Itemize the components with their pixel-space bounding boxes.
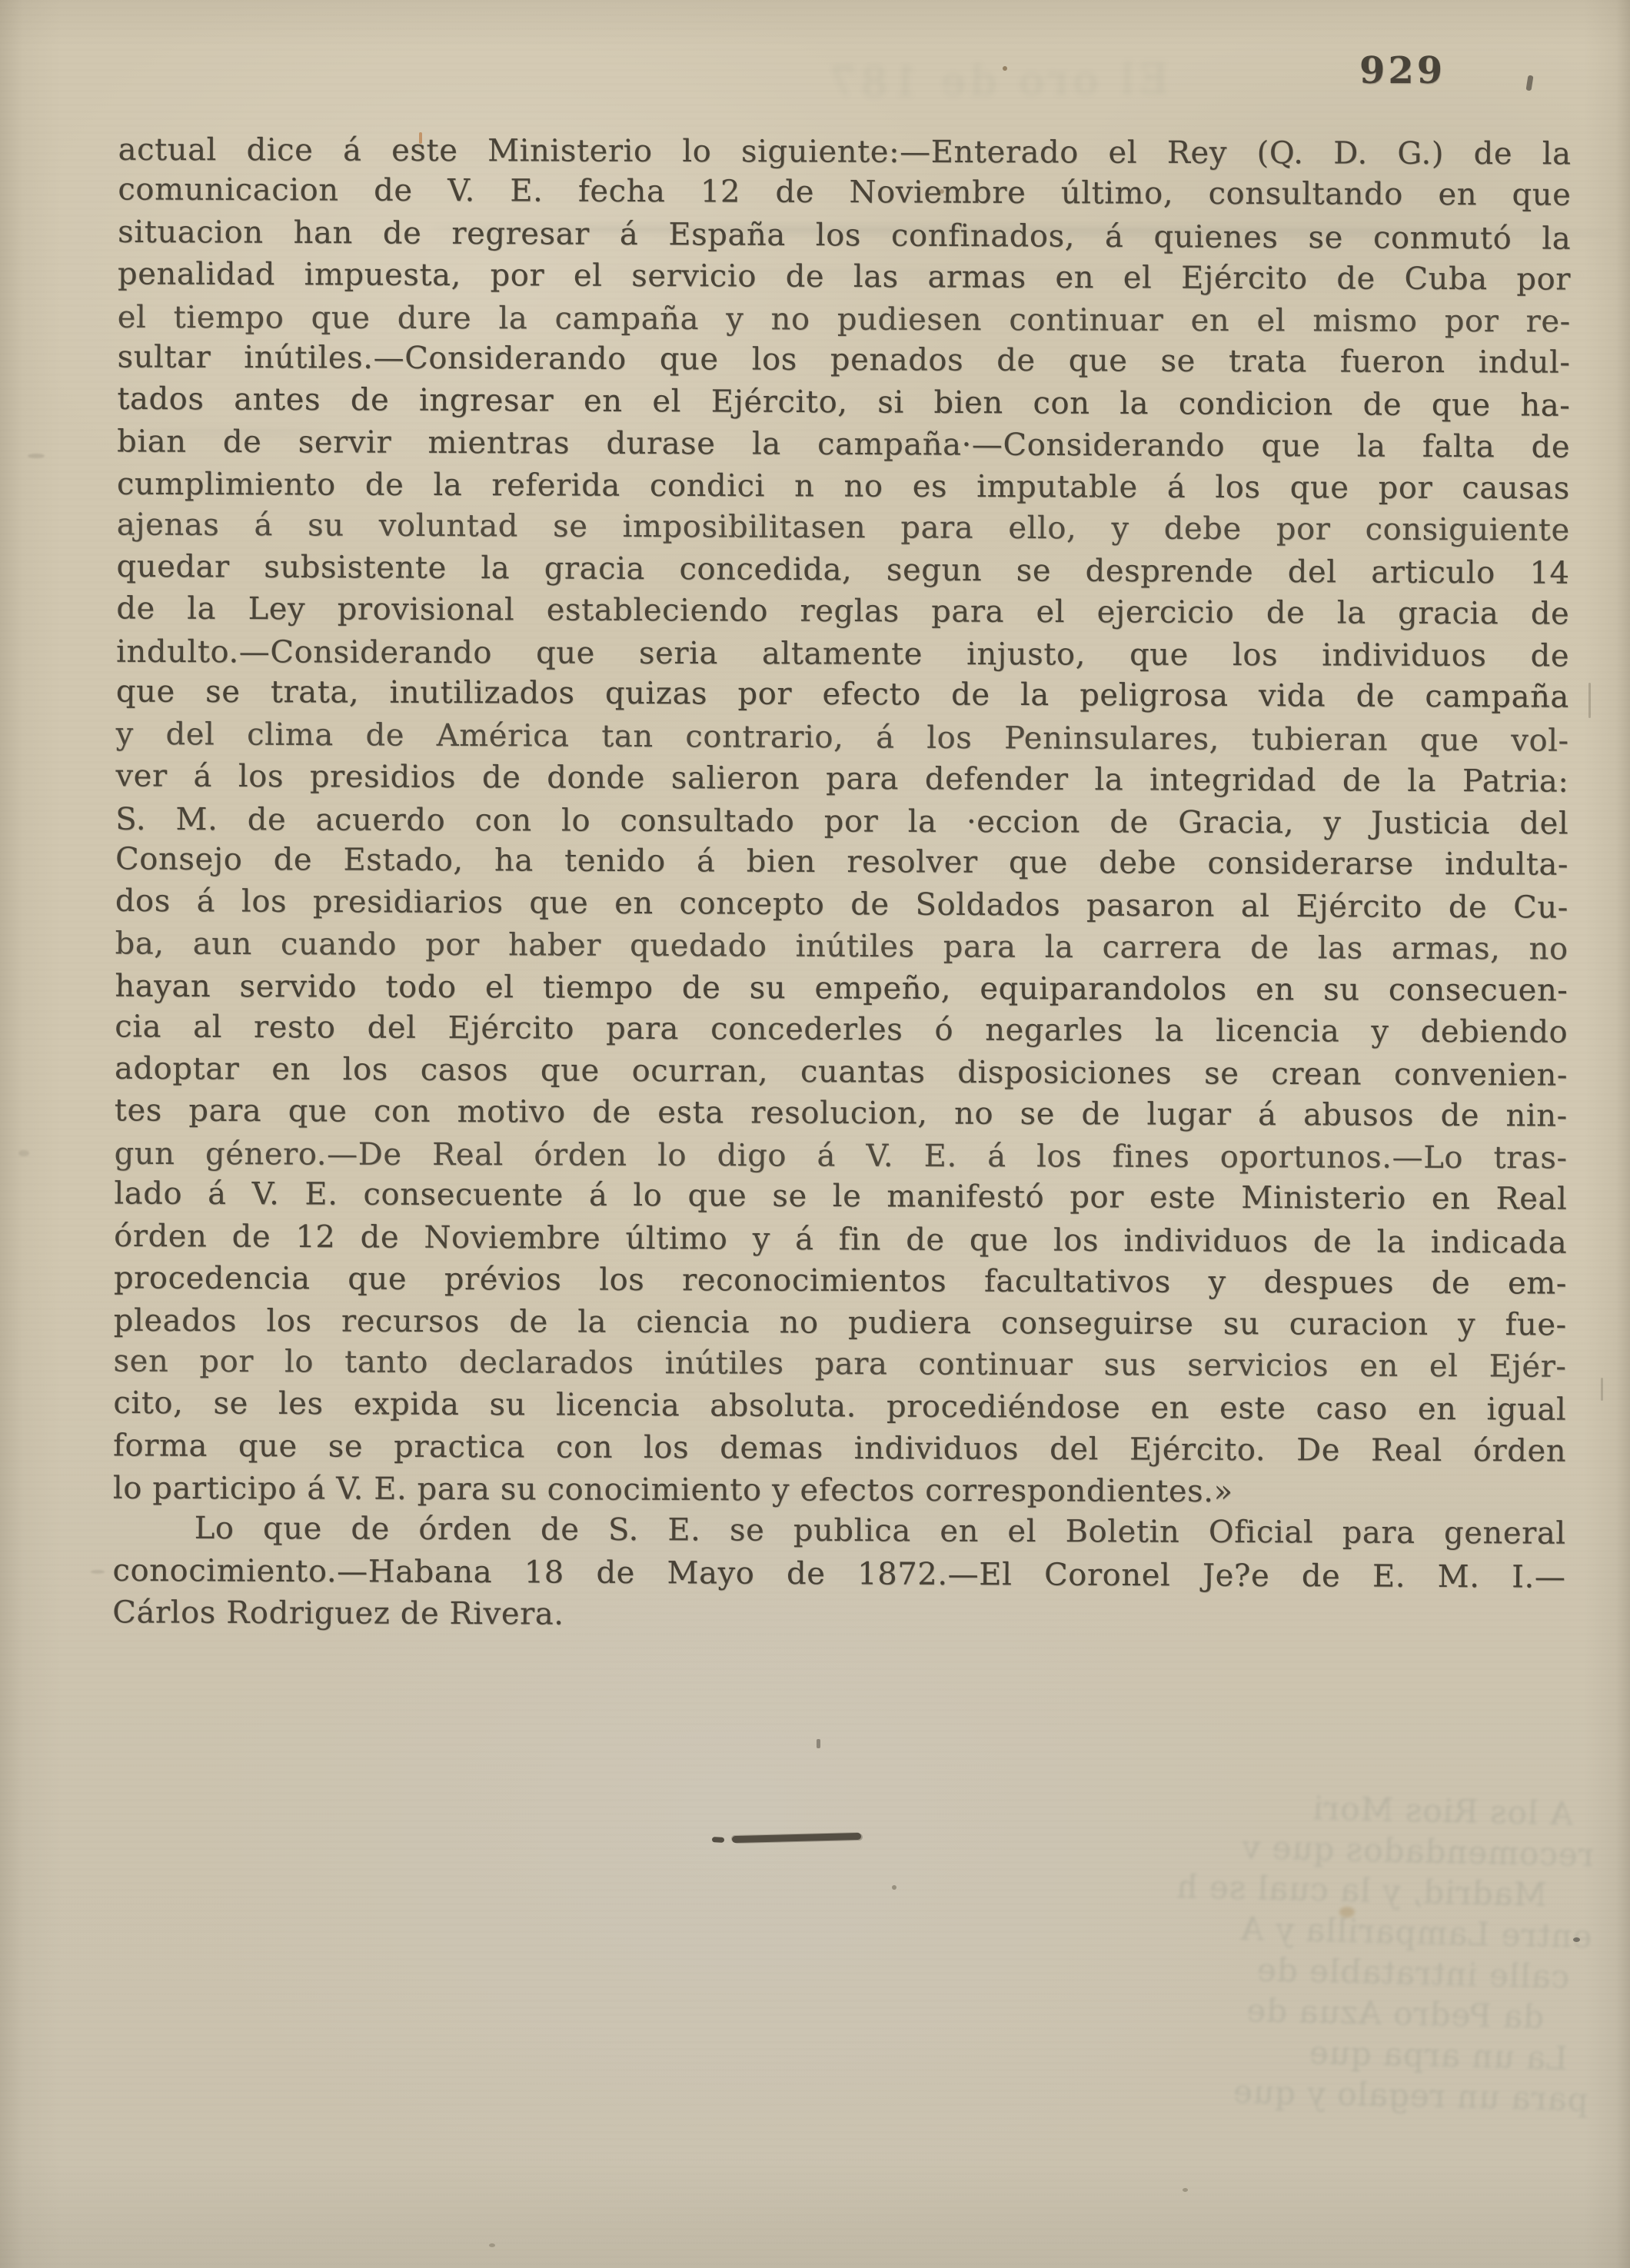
text-line: el tiempo que dure la campaña y no pudie… xyxy=(118,296,1571,342)
page-edge-mark xyxy=(1601,1378,1603,1401)
bleedthrough-text-block: A los Rios Mori recomendados que v Madri… xyxy=(411,1768,1595,2120)
page-number: 929 xyxy=(1359,49,1445,92)
text-line: lado á V. E. consecuente á lo que se le … xyxy=(114,1173,1567,1221)
text-line: tes para que con motivo de esta resoluci… xyxy=(115,1090,1568,1138)
signature-line: Cárlos Rodriguez de Rivera. xyxy=(112,1592,1565,1640)
text-line: actual dice á este Ministerio lo siguien… xyxy=(118,129,1572,175)
text-line: penalidad impuesta, por el servicio de l… xyxy=(118,254,1571,301)
paper-speck xyxy=(489,2243,495,2247)
text-line: lo participo á V. E. para su conocimient… xyxy=(113,1468,1566,1514)
bleedthrough-text-top: El oro de 187 xyxy=(477,55,1169,110)
text-line: sultar inútiles.—Considerando que los pe… xyxy=(118,337,1571,384)
text-line: tados antes de ingresar en el Ejército, … xyxy=(117,378,1570,427)
text-line: de la Ley provisional estableciendo regl… xyxy=(116,588,1569,636)
text-line: órden de 12 de Noviembre último y á fin … xyxy=(114,1215,1567,1263)
text-line: procedencia que prévios los reconocimien… xyxy=(114,1257,1567,1305)
paper-speck xyxy=(817,1739,820,1748)
page-edge-mark xyxy=(28,454,45,458)
text-line: quedar subsistente la gracia concedida, … xyxy=(116,546,1569,594)
text-line: adoptar en los casos que ocurran, cuanta… xyxy=(115,1048,1568,1096)
text-line: Consejo de Estado, ha tenido á bien reso… xyxy=(115,838,1568,886)
text-line: pleados los recursos de la ciencia no pu… xyxy=(114,1300,1567,1346)
text-line: Lo que de órden de S. E. se publica en e… xyxy=(113,1508,1566,1555)
text-line: sen por lo tanto declarados inútiles par… xyxy=(114,1340,1567,1388)
text-line: hayan servido todo el tiempo de su empeñ… xyxy=(115,966,1568,1012)
text-line: bian de servir mientras durase la campañ… xyxy=(117,421,1570,468)
text-line: gun género.—De Real órden lo digo á V. E… xyxy=(115,1133,1568,1179)
text-line: S. M. de acuerdo con lo consultado por l… xyxy=(115,798,1568,844)
text-line: que se trata, inutilizados quizas por ef… xyxy=(116,671,1569,719)
text-line: indulto.—Considerando que seria altament… xyxy=(116,631,1569,677)
text-line: dos á los presidiarios que en concepto d… xyxy=(115,880,1568,929)
text-line: comunicacion de V. E. fecha 12 de Noviem… xyxy=(118,169,1571,217)
text-line: cia al resto del Ejército para concederl… xyxy=(115,1006,1568,1053)
text-line: cumplimiento de la referida condici n no… xyxy=(117,464,1570,510)
document-page: El oro de 187 929 actual dice á este Min… xyxy=(0,0,1630,2268)
page-edge-mark xyxy=(1588,683,1591,718)
text-line: ba, aun cuando por haber quedado inútile… xyxy=(115,923,1568,970)
ink-speck xyxy=(1525,75,1533,91)
text-line: ajenas á su voluntad se imposibilitasen … xyxy=(117,504,1570,551)
text-line: cito, se les expida su licencia absoluta… xyxy=(113,1382,1566,1431)
body-text: actual dice á este Ministerio lo siguien… xyxy=(112,128,1572,1639)
text-line: ver á los presidios de donde salieron pa… xyxy=(115,755,1568,803)
text-line: conocimiento.—Habana 18 de Mayo de 1872.… xyxy=(112,1550,1565,1598)
page-edge-mark xyxy=(91,1570,105,1574)
page-edge-mark xyxy=(18,1150,29,1156)
text-line: forma que se practica con los demas indi… xyxy=(113,1425,1566,1472)
text-line: y del clima de América tan contrario, á … xyxy=(116,713,1569,762)
paper-speck xyxy=(1183,2188,1188,2192)
text-line: situacion han de regresar á España los c… xyxy=(118,211,1571,260)
